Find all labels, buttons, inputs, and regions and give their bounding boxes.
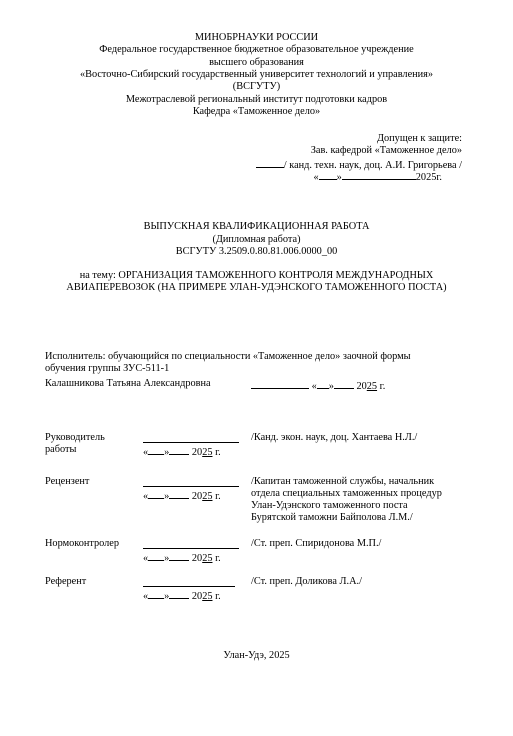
work-topic-line2: АВИАПЕРЕВОЗОК (НА ПРИМЕРЕ УЛАН-УДЭНСКОГО… — [0, 282, 513, 294]
signatory-person: /Ст. преп. Спиридонова М.П./ — [251, 538, 381, 550]
signatory-role: Рецензент — [45, 476, 89, 488]
executor-signature-date: «» 2025 г. — [251, 378, 385, 393]
signature-line — [251, 378, 309, 389]
month-line — [342, 169, 416, 180]
signatory-role: Руководитель — [45, 432, 105, 444]
signatory-person: Бурятской таможни Байполова Л.М./ — [251, 512, 413, 524]
signatory-role: Нормоконтролер — [45, 538, 119, 550]
approval-title: Допущен к защите: — [377, 133, 462, 145]
ministry-name: МИНОБРНАУКИ РОССИИ — [0, 32, 513, 44]
signatory-person: /Ст. преп. Доликова Л.А./ — [251, 576, 362, 588]
institute-name: Межотраслевой региональный институт подг… — [0, 94, 513, 106]
signatory-date: «» 2025 г. — [143, 444, 221, 459]
approval-date: «»2025г. — [313, 169, 442, 184]
signatory-person: /Капитан таможенной службы, начальник — [251, 476, 434, 488]
university-name: «Восточно-Сибирский государственный унив… — [0, 69, 513, 81]
day-line — [319, 169, 337, 180]
work-code: ВСГУТУ 3.2509.0.80.81.006.0000_00 — [0, 246, 513, 258]
signatory-person: отдела специальных таможенных процедур — [251, 488, 442, 500]
signatory-date: «» 2025 г. — [143, 550, 221, 565]
signatory-role-line2: работы — [45, 444, 76, 456]
signatory-date: «» 2025 г. — [143, 588, 221, 603]
approval-year: 2025г. — [416, 172, 442, 183]
executor-line1: Исполнитель: обучающийся по специальност… — [45, 351, 411, 363]
institution-line1: Федеральное государственное бюджетное об… — [0, 44, 513, 56]
city-year: Улан-Удэ, 2025 — [0, 650, 513, 662]
work-topic-line1: на тему: ОРГАНИЗАЦИЯ ТАМОЖЕННОГО КОНТРОЛ… — [0, 270, 513, 282]
executor-line2: обучения группы ЗУС-511-1 — [45, 363, 169, 375]
work-type: ВЫПУСКНАЯ КВАЛИФИКАЦИОННАЯ РАБОТА — [0, 221, 513, 233]
signatory-date: «» 2025 г. — [143, 488, 221, 503]
university-abbr: (ВСГУТУ) — [0, 81, 513, 93]
signatory-person: Улан-Удэнского таможенного поста — [251, 500, 408, 512]
signature-line — [256, 157, 284, 168]
executor-name: Калашникова Татьяна Александровна — [45, 378, 211, 390]
department-name: Кафедра «Таможенное дело» — [0, 106, 513, 118]
signatory-person: /Канд. экон. наук, доц. Хантаева Н.Л./ — [251, 432, 417, 444]
work-subtype: (Дипломная работа) — [0, 234, 513, 246]
institution-line2: высшего образования — [0, 57, 513, 69]
signatory-role: Референт — [45, 576, 86, 588]
approval-head: Зав. кафедрой «Таможенное дело» — [311, 145, 462, 157]
